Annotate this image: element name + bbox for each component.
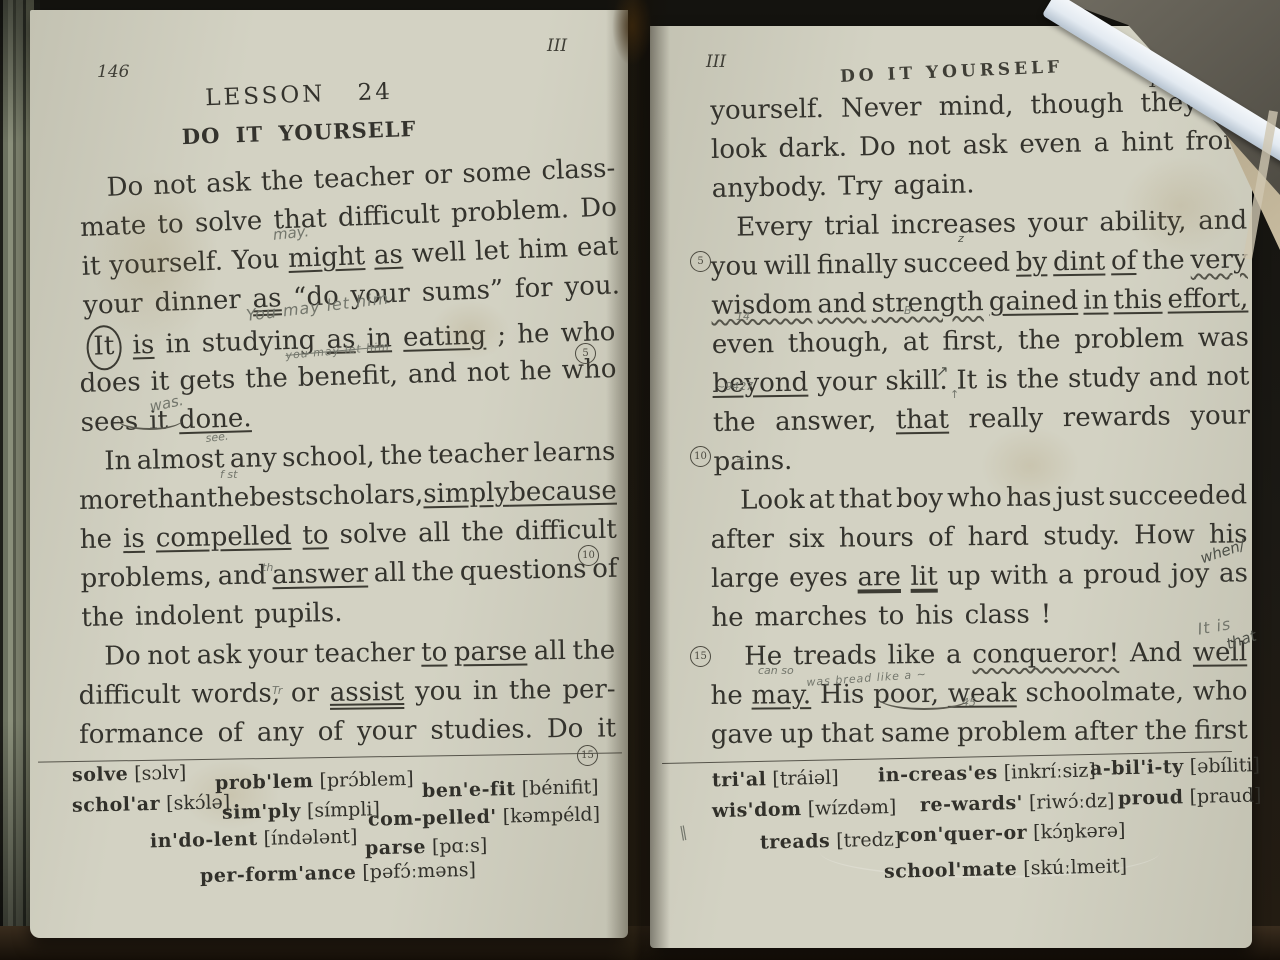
word: some: [462, 153, 532, 195]
word: the: [572, 631, 615, 671]
word: than: [147, 480, 207, 520]
word: of: [318, 713, 344, 752]
word: not: [147, 637, 190, 677]
word: difficult: [337, 195, 440, 238]
pencil-annotation: ~9427: [716, 380, 753, 393]
word: or: [291, 674, 320, 713]
pencil-annotation: B: [904, 304, 912, 317]
word: Do: [547, 710, 584, 749]
word: Do: [859, 128, 896, 168]
word: problem.: [450, 190, 569, 234]
paragraph: Lookatthatboywhohasjustsucceededaftersix…: [710, 476, 1249, 638]
word: wisdom: [711, 286, 812, 326]
word: eyes: [789, 559, 848, 599]
word: he: [79, 520, 112, 560]
vocab-entry: parse [pɑːs]: [365, 835, 488, 860]
text-line: formanceofanyofyourstudies.Doit: [79, 709, 616, 755]
line-number-marker: 10: [690, 446, 711, 467]
word: to: [302, 516, 329, 555]
word: in: [473, 672, 499, 711]
word: gained: [989, 282, 1079, 322]
word: And: [1130, 634, 1183, 673]
vocab-entry: a-bil'i-ty [əbíliti]: [1090, 754, 1260, 780]
word: finally: [816, 245, 897, 285]
word: How: [1134, 516, 1195, 556]
word: difficult: [515, 511, 618, 552]
word: the: [411, 553, 454, 593]
line-number-marker: 10: [578, 545, 599, 566]
word: first,: [942, 322, 1004, 362]
gutter-stain: [612, 0, 652, 66]
word: all: [418, 514, 451, 554]
word: proud: [1083, 555, 1162, 595]
word: at: [903, 323, 929, 362]
word: gets: [179, 361, 236, 402]
word: let: [474, 232, 510, 272]
word: assist: [330, 673, 405, 713]
word: the: [1018, 321, 1061, 361]
word: your: [1028, 204, 1088, 244]
word: teacher: [427, 434, 528, 475]
word: not: [1206, 357, 1249, 397]
text-line: difficultwords,orassistyouintheper-: [78, 670, 615, 716]
word: the: [509, 671, 552, 711]
word: eat: [576, 227, 619, 268]
word: indolent: [135, 596, 244, 637]
vocab-entry: proud [praud]: [1118, 784, 1262, 809]
word: is: [986, 361, 1008, 400]
word: might: [287, 237, 365, 279]
vocab-entry: solve [sɔlv]: [72, 762, 187, 787]
word: schoolmate,: [1025, 673, 1184, 713]
word: mind,: [938, 87, 1013, 127]
word: !: [1041, 595, 1052, 634]
word: ask: [197, 636, 242, 676]
stain: [1120, 156, 1240, 256]
word: Never: [841, 88, 922, 128]
word: was: [1197, 318, 1249, 358]
word: study: [1068, 359, 1140, 399]
word: and: [1148, 358, 1197, 398]
word: he: [519, 352, 552, 392]
pencil-annotation: th: [262, 561, 273, 574]
word: the: [713, 403, 756, 443]
word: words,: [191, 675, 280, 715]
word: this: [1113, 281, 1162, 321]
word: Every: [736, 208, 813, 248]
text-line: hemarchestohisclass!: [711, 593, 1248, 638]
word: even: [1019, 125, 1082, 165]
text-line: hemay.Hispoor,weakschoolmate,who: [710, 672, 1247, 716]
word: of: [1111, 242, 1137, 281]
word: strength: [871, 283, 984, 324]
word: though: [1030, 85, 1124, 126]
word: class: [964, 596, 1029, 636]
word: with: [990, 556, 1048, 596]
word: class-: [541, 149, 616, 191]
pencil-annotation: may.: [272, 222, 310, 244]
text-line: gaveupthatsameproblemafterthefirst: [711, 711, 1248, 755]
word: him: [517, 229, 568, 270]
word: more: [79, 481, 148, 521]
word: your: [357, 712, 417, 752]
word: any: [257, 713, 304, 753]
word: Do: [580, 188, 618, 228]
pencil-annotation: can so: [758, 664, 794, 677]
word: large: [711, 559, 780, 599]
word: Do: [104, 637, 141, 676]
word: pains.: [713, 442, 792, 482]
word: scholars,: [305, 475, 424, 516]
word: after: [710, 520, 774, 560]
vocab-entry: tri'al [tráiəl]: [712, 767, 839, 792]
word: after: [1074, 712, 1138, 752]
text-line: largeeyesarelitupwithaproudjoyas: [711, 554, 1248, 599]
word: may.: [751, 676, 811, 716]
word: because: [509, 472, 617, 513]
word: at: [808, 481, 834, 520]
word: a: [946, 636, 962, 675]
word: up: [947, 557, 981, 596]
word: a: [1058, 556, 1074, 595]
vocab-entry: prob'lem [prɔ́blem]: [215, 768, 414, 795]
word: that: [896, 401, 950, 441]
word: well: [411, 233, 467, 274]
word: is: [123, 520, 145, 559]
word: solve: [339, 515, 407, 555]
word: conqueror!: [972, 634, 1119, 674]
word: his: [915, 596, 954, 635]
text-line: Donotaskyourteachertoparseallthe: [78, 631, 615, 677]
line-number-marker: 15: [690, 646, 711, 667]
text-line: aftersixhoursofhardstudy.Howhis: [710, 515, 1247, 560]
word: ask: [962, 126, 1007, 166]
word: that: [839, 480, 893, 520]
word: It: [956, 361, 977, 400]
word: as: [373, 236, 403, 276]
word: per-: [562, 670, 616, 710]
word: and: [217, 556, 267, 596]
line-number-marker: 5: [690, 251, 711, 272]
word: lit: [910, 558, 938, 597]
word: ask: [206, 163, 252, 204]
word: teacher: [313, 157, 415, 200]
word: yourself.: [710, 90, 824, 131]
word: your: [1190, 396, 1250, 436]
word: will: [763, 247, 811, 287]
word: not: [907, 127, 951, 167]
word: problems,: [80, 557, 212, 599]
word: all: [373, 554, 406, 594]
word: studies.: [430, 710, 533, 750]
word: learns: [533, 433, 615, 474]
pencil-annotation: ≈: [736, 452, 745, 465]
pencil-annotation: 14: [736, 310, 750, 323]
paragraph: Donotaskyourteachertoparseallthedifficul…: [78, 631, 616, 755]
word: answer: [272, 554, 368, 595]
word: the: [81, 598, 124, 638]
vocab-entry: treads [tredz]: [760, 828, 902, 853]
word: first: [1194, 711, 1248, 750]
word: same: [881, 714, 950, 754]
text-line: theanswer,thatreallyrewardsyour: [713, 396, 1250, 442]
word: the: [245, 359, 289, 399]
pencil-annotation: Tr: [272, 684, 282, 697]
pencil-arc: [117, 408, 183, 430]
word: in: [1083, 281, 1109, 320]
word: you: [415, 672, 463, 712]
vocab-entry: schol'ar [skɔ́lə]: [72, 791, 231, 817]
pencil-annotation: ↑: [950, 388, 959, 401]
word: up: [780, 715, 814, 754]
text-line: Lookatthatboywhohasjustsucceeded: [710, 476, 1247, 521]
word: for: [514, 269, 553, 309]
pencil-annotation: see.: [205, 430, 229, 445]
word: though,: [788, 324, 890, 364]
vocab-entry: sim'ply [símpli]: [222, 798, 380, 824]
word: treads: [793, 637, 877, 677]
word: effort,: [1167, 279, 1248, 319]
word: answer,: [775, 402, 877, 442]
word: pupils.: [254, 594, 343, 635]
paragraph: Inalmostanyschool,theteacherlearnsmoreth…: [78, 433, 619, 638]
word: dark.: [778, 129, 847, 169]
book-photo: 146 III LESSON 24 DO IT YOURSELF Donotas…: [0, 0, 1280, 960]
word: a: [1093, 124, 1109, 163]
word: and: [407, 354, 457, 394]
word: hours: [839, 519, 914, 559]
word: again.: [893, 165, 975, 205]
vocab-entry: in'do-lent [índələnt]: [150, 826, 358, 853]
line-number-marker: 5: [575, 343, 596, 364]
line-number-marker: 15: [577, 745, 598, 766]
word: parse: [454, 633, 528, 673]
word: the: [380, 436, 423, 476]
word: does: [79, 363, 141, 404]
vocab-entry: ben'e-fit [bénifit]: [422, 776, 599, 802]
word: anybody.: [711, 168, 827, 209]
word: You: [231, 240, 280, 281]
word: compelled: [155, 517, 291, 559]
word: study.: [1043, 517, 1120, 557]
word: formance: [79, 714, 204, 755]
word: Look: [740, 481, 805, 521]
word: succeeded: [1108, 476, 1247, 516]
right-page: III DO IT YOURSELF 147 yourself.Nevermin…: [650, 26, 1252, 948]
word: school,: [282, 437, 375, 478]
word: hard: [967, 518, 1029, 558]
word: to: [878, 597, 905, 636]
word: of: [928, 518, 954, 557]
word: marches: [754, 597, 867, 637]
word: your: [817, 363, 877, 403]
word: In: [104, 442, 132, 482]
pencil-annotation: z: [958, 232, 964, 245]
word: all: [534, 632, 567, 671]
vocab-entry: wis'dom [wízdəm]: [712, 796, 897, 822]
word: the: [1144, 712, 1187, 751]
word: that: [821, 715, 874, 754]
vocab-entry: re-wards' [riwɔ́ːdz]: [920, 790, 1115, 816]
stain: [90, 170, 220, 350]
word: best: [249, 478, 306, 518]
word: who: [1193, 672, 1248, 711]
word: the: [461, 513, 504, 553]
word: questions: [459, 550, 586, 591]
word: are: [857, 558, 901, 597]
word: dint: [1053, 242, 1106, 282]
word: look: [711, 130, 767, 170]
pencil-annotation: ↗: [936, 362, 949, 380]
word: Try: [838, 167, 883, 207]
word: almost: [136, 440, 225, 481]
word: the: [260, 161, 304, 202]
word: benefit,: [297, 356, 398, 398]
pencil-annotation: ∥: [678, 823, 689, 842]
word: of: [217, 714, 243, 753]
word: you.: [564, 266, 621, 307]
word: your: [248, 635, 308, 675]
stain: [430, 300, 510, 360]
word: the: [206, 479, 249, 519]
word: difficult: [78, 676, 180, 716]
word: even: [712, 325, 775, 365]
pencil-arc: [878, 686, 970, 710]
stain: [980, 426, 1080, 506]
word: and: [817, 285, 866, 325]
word: by: [1016, 243, 1048, 282]
word: problem: [957, 713, 1067, 753]
paragraph: Hetreadslikeaconqueror!Andwellhemay.Hisp…: [710, 633, 1248, 755]
word: six: [788, 520, 825, 559]
word: trial: [824, 207, 880, 247]
pencil-annotation: f st: [220, 468, 237, 481]
word: to: [421, 633, 448, 672]
word: succeed: [903, 244, 1010, 284]
word: you: [711, 247, 759, 287]
word: rewards: [1063, 398, 1172, 439]
word: increases: [891, 205, 1017, 246]
word: he: [711, 599, 744, 638]
word: the: [1016, 360, 1059, 400]
word: simply: [423, 474, 510, 515]
left-page: 146 III LESSON 24 DO IT YOURSELF Donotas…: [30, 10, 628, 938]
word: or: [423, 156, 453, 196]
word: gave: [711, 715, 774, 755]
word: he: [517, 315, 550, 355]
word: teacher: [314, 634, 415, 674]
word: he: [710, 677, 742, 716]
word: it: [597, 709, 616, 748]
word: problem: [1074, 319, 1184, 360]
word: boy: [896, 480, 943, 519]
